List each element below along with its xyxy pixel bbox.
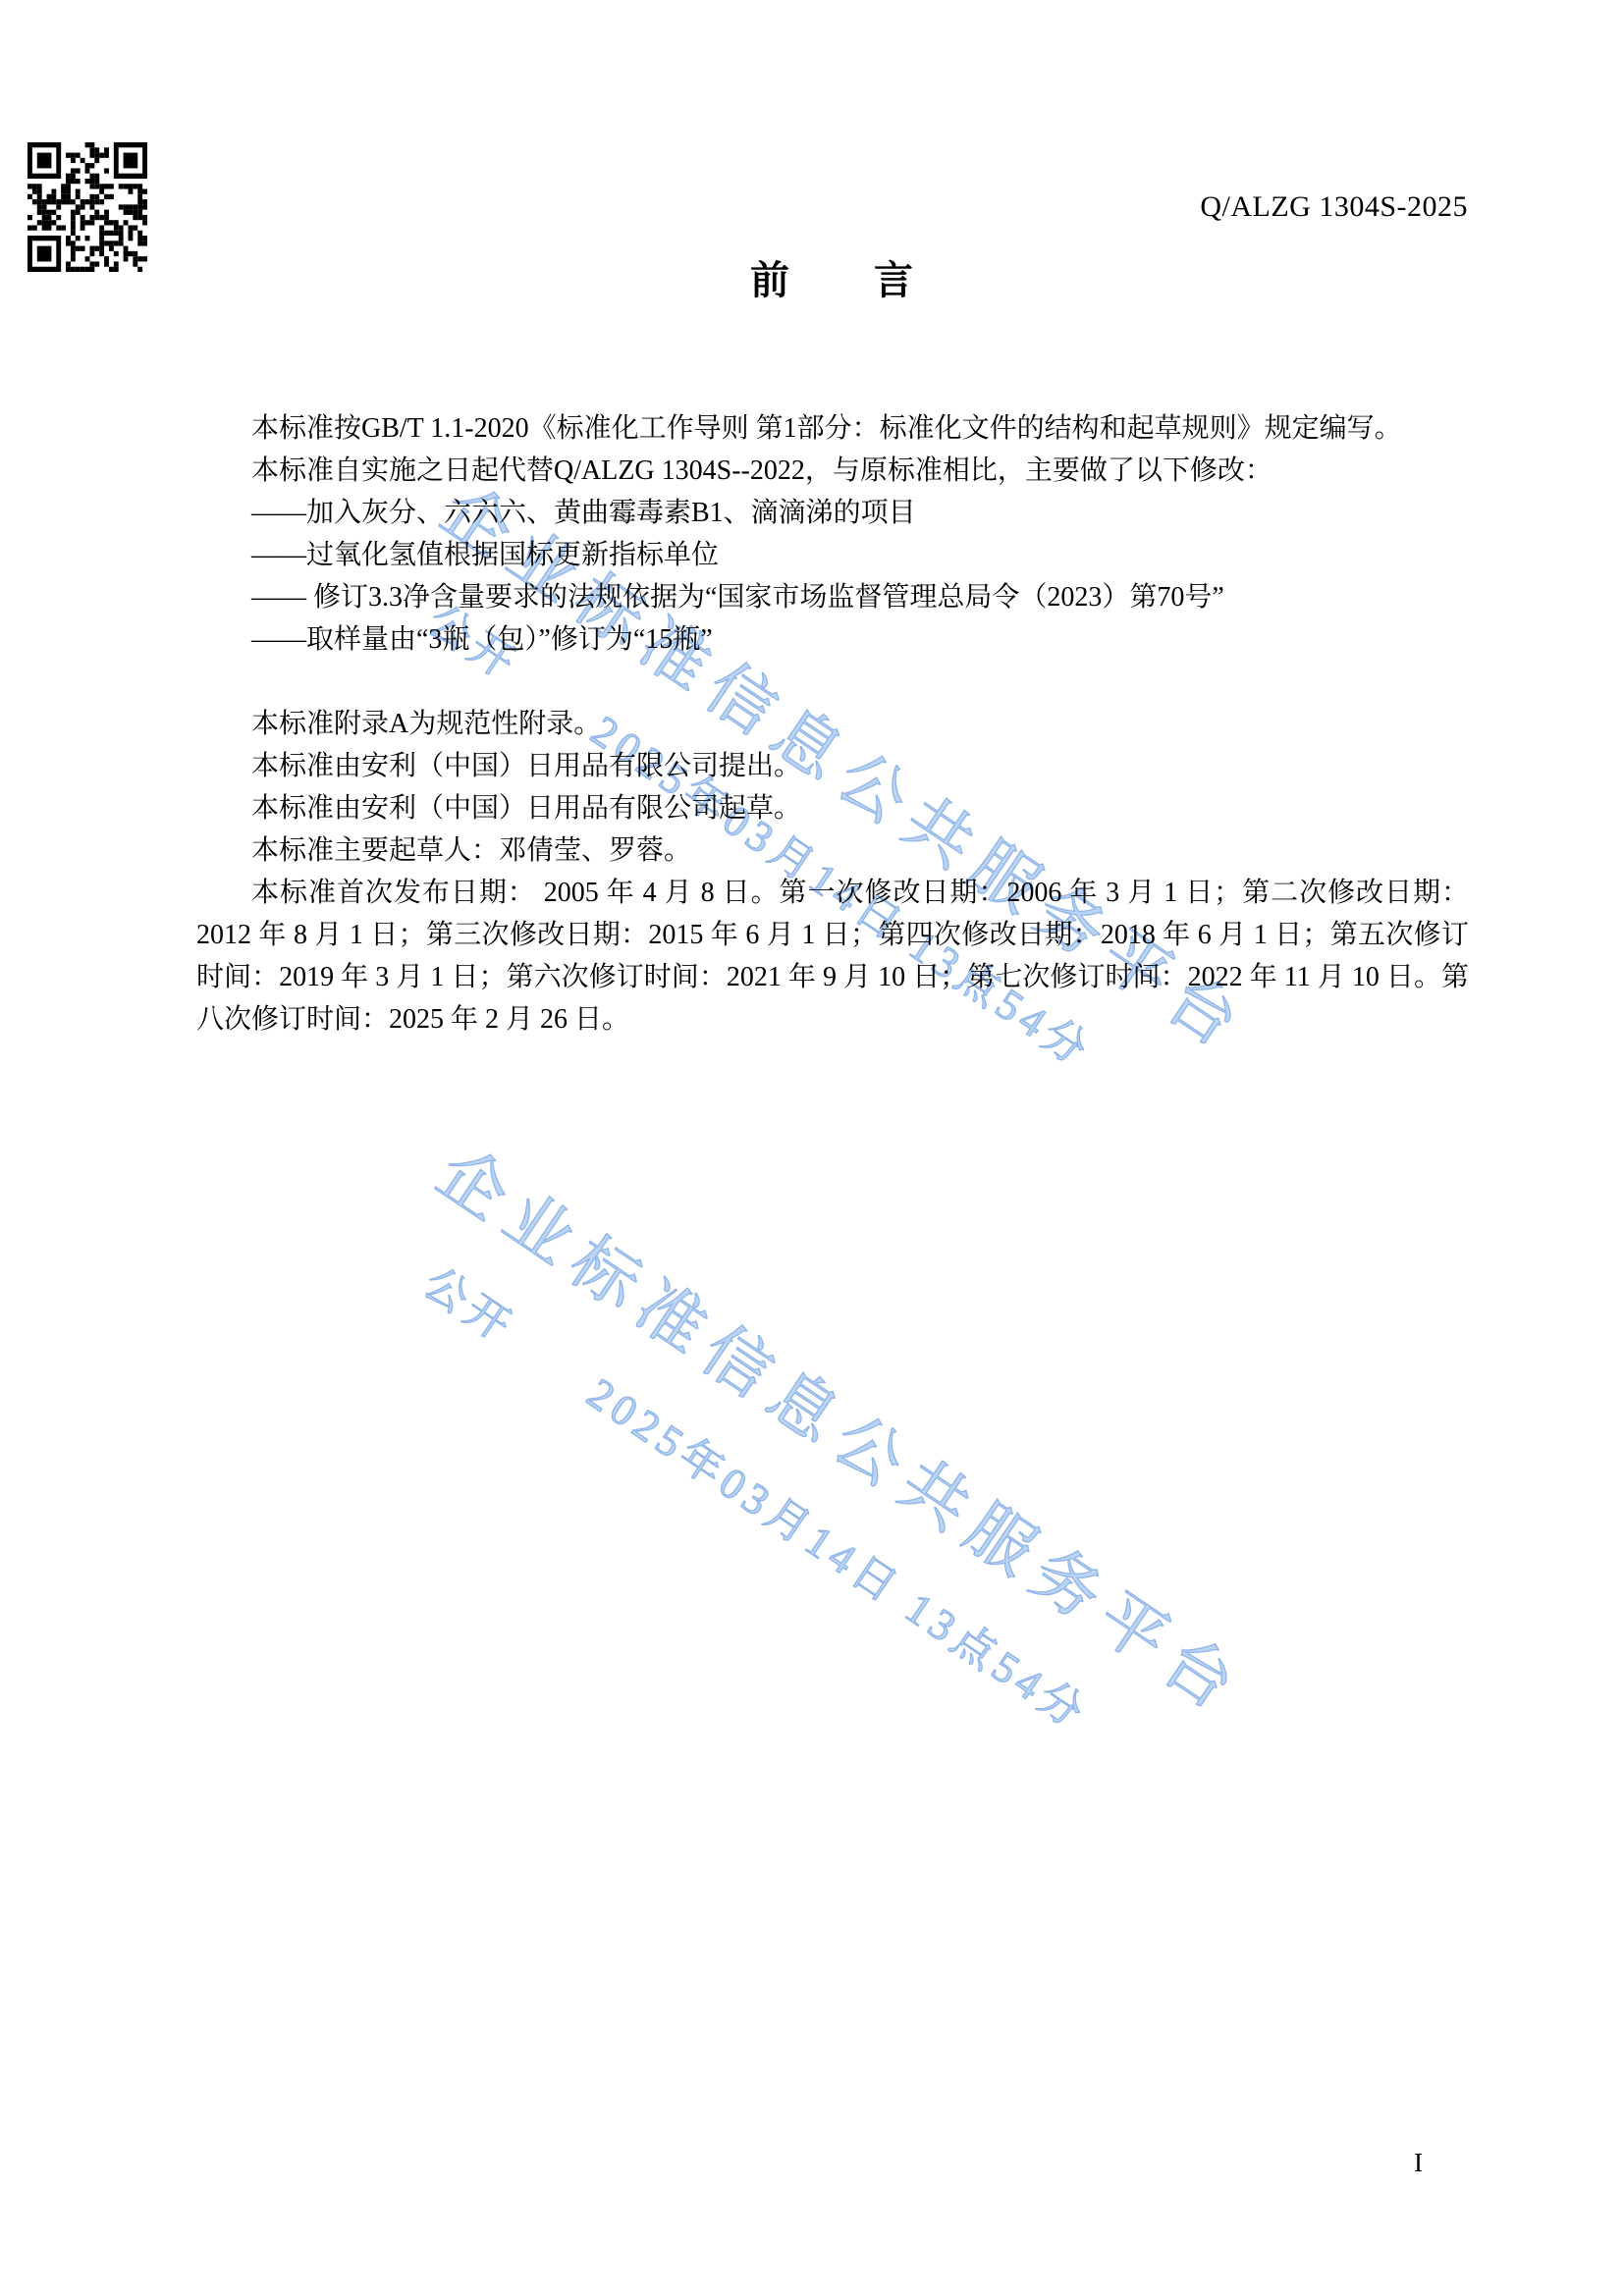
paragraph-drafted-by: 本标准由安利（中国）日用品有限公司起草。 (196, 787, 1469, 829)
paragraph-change-1: ——加入灰分、六六六、黄曲霉毒素B1、滴滴涕的项目 (196, 492, 1469, 534)
qr-code (27, 142, 147, 272)
paragraph-change-2: ——过氧化氢值根据国标更新指标单位 (196, 534, 1469, 576)
paragraph-revision-history: 本标准首次发布日期： 2005 年 4 月 8 日。第一次修改日期：2006 年… (196, 872, 1469, 1041)
paragraph-change-4: ——取样量由“3瓶（包）”修订为“15瓶” (196, 618, 1469, 661)
foreword-body: 本标准按GB/T 1.1-2020《标准化工作导则 第1部分：标准化文件的结构和… (196, 407, 1469, 1041)
page-title: 前 言 (196, 257, 1469, 304)
paragraph-appendix: 本标准附录A为规范性附录。 (196, 703, 1469, 745)
watermark-subline: 公开 2025年03月14日 13点54分 (375, 1234, 1190, 1803)
paragraph-proposed-by: 本标准由安利（中国）日用品有限公司提出。 (196, 745, 1469, 787)
paragraph-drafters: 本标准主要起草人：邓倩莹、罗蓉。 (196, 829, 1469, 872)
paragraph-change-3: —— 修订3.3净含量要求的法规依据为“国家市场监督管理总局令（2023）第70… (196, 576, 1469, 618)
watermark-timestamp: 2025年03月14日 13点54分 (578, 1369, 1096, 1740)
page-number: I (1414, 2150, 1423, 2176)
watermark-lower: 企业标准信息公共服务平台 公开 2025年03月14日 13点54分 (375, 1138, 1255, 1803)
watermark-platform-text: 企业标准信息公共服务平台 (427, 1138, 1256, 1727)
paragraph-replaces: 本标准自实施之日起代替Q/ALZG 1304S--2022，与原标准相比，主要做… (196, 450, 1469, 492)
watermark-public-label: 公开 (415, 1258, 523, 1354)
paragraph-edit-basis: 本标准按GB/T 1.1-2020《标准化工作导则 第1部分：标准化文件的结构和… (196, 407, 1469, 450)
document-page: Q/ALZG 1304S-2025 前 言 企业标准信息公共服务平台 公开 20… (0, 0, 1624, 2296)
document-number: Q/ALZG 1304S-2025 (1200, 192, 1468, 222)
